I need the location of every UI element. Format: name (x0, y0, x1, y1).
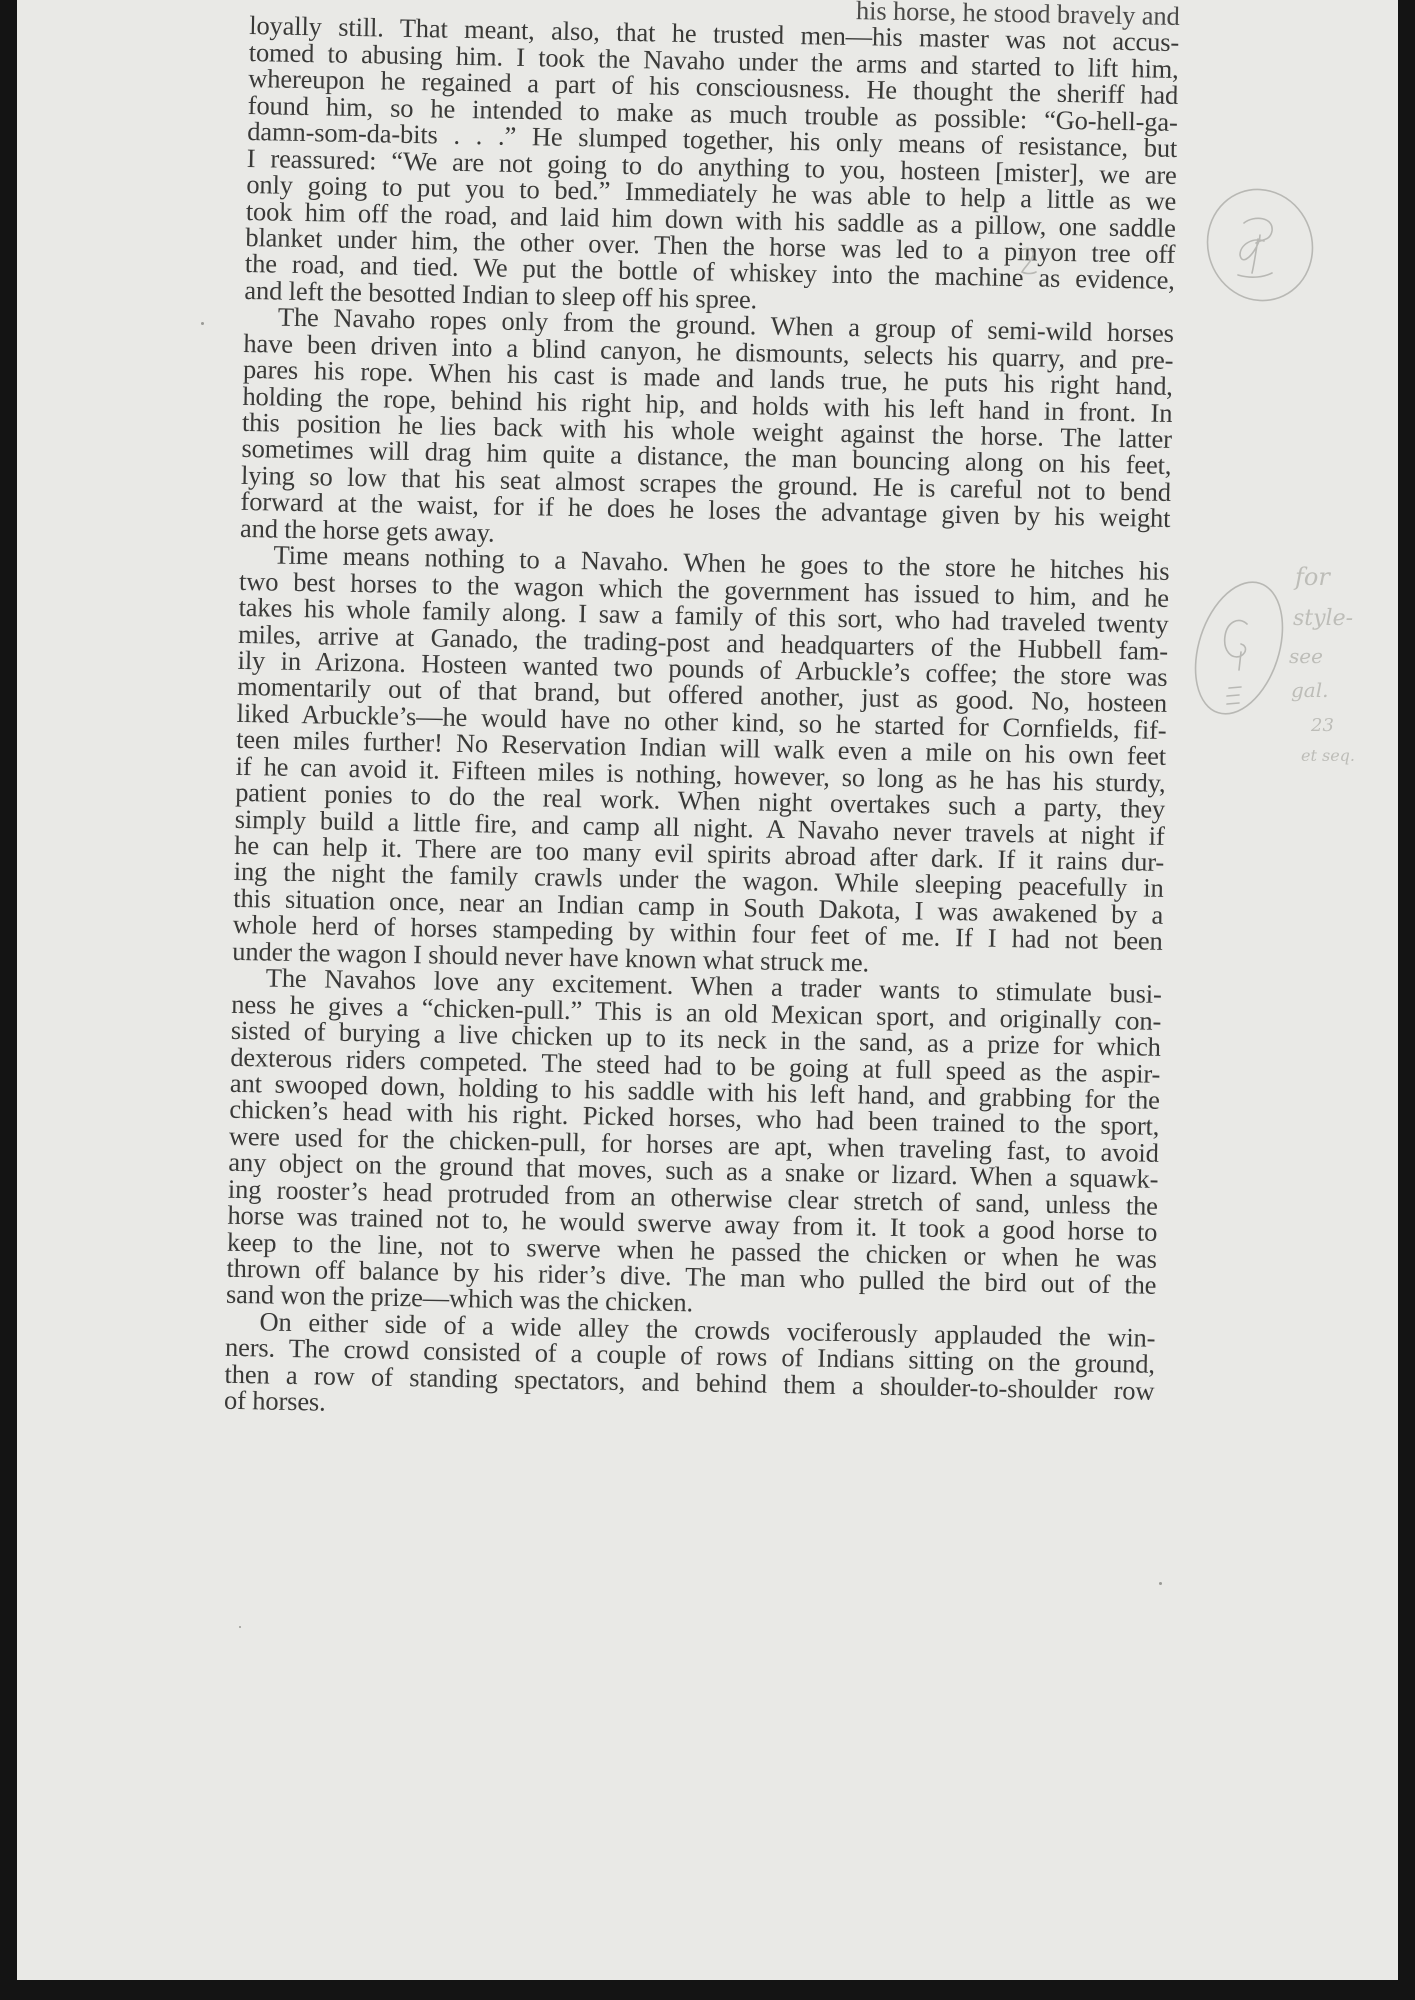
circled-paragraph-mark-icon (1202, 185, 1322, 310)
note-line: et seq. (1301, 746, 1355, 765)
scanned-page: his horse, he stood bravely and loyally … (17, 0, 1398, 1980)
paragraph: On either side of a wide alley the crowd… (224, 1308, 1156, 1431)
circled-g-mark-icon (1189, 570, 1289, 725)
note-line: style- (1293, 606, 1353, 631)
note-line: see (1289, 644, 1323, 668)
paragraph: Time means nothing to a Navaho. When he … (232, 541, 1170, 981)
note-line: for (1293, 563, 1331, 591)
note-line: 23 (1310, 715, 1334, 736)
body-text: his horse, he stood bravely and loyally … (224, 0, 1180, 1430)
handwritten-note: for style- see gal. 23 et seq. (1285, 545, 1395, 775)
dust-speck (239, 1626, 241, 1628)
insertion-mark-icon (1010, 242, 1050, 282)
paragraph: The Navahos love any excitement. When a … (226, 964, 1162, 1325)
note-line: gal. (1291, 678, 1328, 702)
dust-speck (201, 322, 204, 325)
dust-speck (1159, 1582, 1162, 1585)
paragraph: The Navaho ropes only from the ground. W… (240, 303, 1174, 558)
